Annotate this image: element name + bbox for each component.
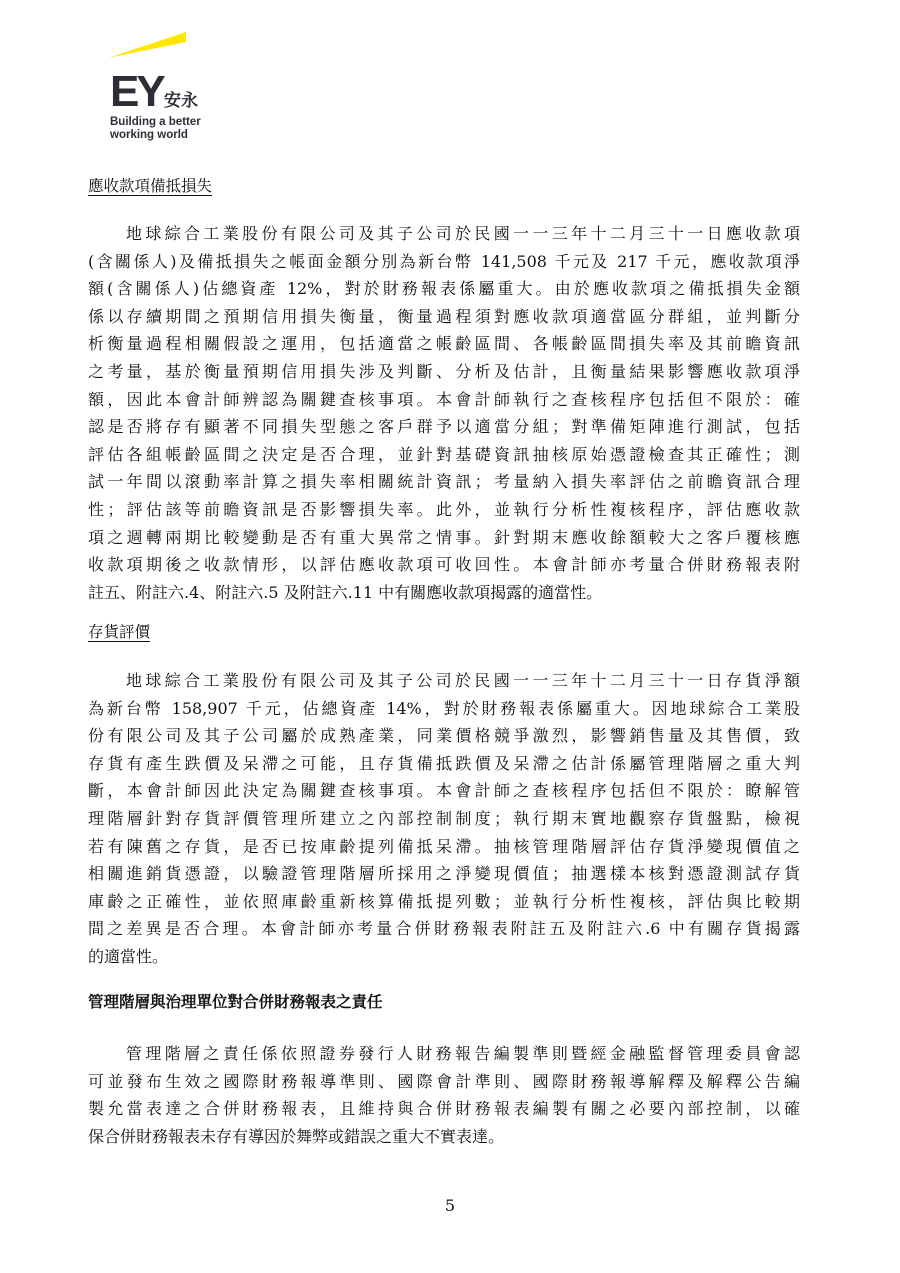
text-line: 理階層針對存貨評價管理所建立之內部控制制度；執行期末實地觀察存貨盤點，檢視: [88, 805, 800, 833]
section-heading-management-responsibility: 管理階層與治理單位對合併財務報表之責任: [88, 990, 383, 1012]
text-line: 地球綜合工業股份有限公司及其子公司於民國一一三年十二月三十一日應收款項: [88, 220, 800, 248]
ey-beam-icon: [108, 28, 198, 58]
text-line: 額，因此本會計師辨認為關鍵查核事項。本會計師執行之查核程序包括但不限於：確: [88, 386, 800, 414]
paragraph-management-responsibility: 管理階層之責任係依照證券發行人財務報告編製準則暨經金融監督管理委員會認 可並發布…: [88, 1040, 800, 1150]
text-line: 的適當性。: [88, 943, 800, 971]
text-line: 保合併財務報表未存有導因於舞弊或錯誤之重大不實表達。: [88, 1123, 800, 1151]
text-line: 若有陳舊之存貨，是否已按庫齡提列備抵呆滯。抽核管理階層評估存貨淨變現價值之: [88, 833, 800, 861]
text-line: 係以存續期間之預期信用損失衡量，衡量過程須對應收款項適當區分群組，並判斷分: [88, 303, 800, 331]
tagline-line-2: working world: [110, 129, 201, 142]
text-line: 庫齡之正確性，並依照庫齡重新核算備抵提列數；並執行分析性複核，評估與比較期: [88, 888, 800, 916]
text-line: 地球綜合工業股份有限公司及其子公司於民國一一三年十二月三十一日存貨淨額: [88, 667, 800, 695]
text-line: 斷，本會計師因此決定為關鍵查核事項。本會計師之查核程序包括但不限於：瞭解管: [88, 777, 800, 805]
text-line: (含關係人)及備抵損失之帳面金額分別為新台幣 141,508 千元及 217 千…: [88, 248, 800, 276]
section-heading-receivables-allowance: 應收款項備抵損失: [88, 174, 212, 196]
text-line: 相關進銷貨憑證，以驗證管理階層所採用之淨變現價值；抽選樣本核對憑證測試存貨: [88, 860, 800, 888]
paragraph-receivables-allowance: 地球綜合工業股份有限公司及其子公司於民國一一三年十二月三十一日應收款項 (含關係…: [88, 220, 800, 606]
ey-chinese-name: 安永: [164, 86, 198, 111]
ey-logo: EY 安永 Building a better working world: [108, 28, 228, 148]
text-line: 之考量，基於衡量預期信用損失涉及判斷、分析及估計，且衡量結果影響應收款項淨: [88, 358, 800, 386]
ey-brand-mark: EY: [110, 70, 163, 114]
text-line: 管理階層之責任係依照證券發行人財務報告編製準則暨經金融監督管理委員會認: [88, 1040, 800, 1068]
ey-tagline: Building a better working world: [110, 116, 201, 142]
text-line: 製允當表達之合併財務報表，且維持與合併財務報表編製有關之必要內部控制，以確: [88, 1095, 800, 1123]
text-line: 試一年間以滾動率計算之損失率相關統計資訊；考量納入損失率評估之前瞻資訊合理: [88, 468, 800, 496]
text-line: 存貨有產生跌價及呆滯之可能，且存貨備抵跌價及呆滯之估計係屬管理階層之重大判: [88, 750, 800, 778]
text-line: 認是否將存有顯著不同損失型態之客戶群予以適當分組；對準備矩陣進行測試，包括: [88, 413, 800, 441]
paragraph-inventory-valuation: 地球綜合工業股份有限公司及其子公司於民國一一三年十二月三十一日存貨淨額 為新台幣…: [88, 667, 800, 971]
text-line: 項之週轉兩期比較變動是否有重大異常之情事。針對期末應收餘額較大之客戶覆核應: [88, 524, 800, 552]
text-line: 間之差異是否合理。本會計師亦考量合併財務報表附註五及附註六.6 中有關存貨揭露: [88, 915, 800, 943]
tagline-line-1: Building a better: [110, 116, 201, 129]
page-number: 5: [0, 1196, 900, 1215]
text-line: 評估各組帳齡區間之決定是否合理，並針對基礎資訊抽核原始憑證檢查其正確性；測: [88, 441, 800, 469]
text-line: 註五、附註六.4、附註六.5 及附註六.11 中有關應收款項揭露的適當性。: [88, 579, 800, 607]
section-heading-inventory-valuation: 存貨評價: [88, 620, 150, 642]
text-line: 份有限公司及其子公司屬於成熟產業，同業價格競爭激烈，影響銷售量及其售價，致: [88, 722, 800, 750]
text-line: 收款項期後之收款情形，以評估應收款項可收回性。本會計師亦考量合併財務報表附: [88, 551, 800, 579]
text-line: 為新台幣 158,907 千元，佔總資產 14%，對於財務報表係屬重大。因地球綜…: [88, 695, 800, 723]
text-line: 性；評估該等前瞻資訊是否影響損失率。此外，並執行分析性複核程序，評估應收款: [88, 496, 800, 524]
text-line: 額(含關係人)佔總資產 12%，對於財務報表係屬重大。由於應收款項之備抵損失金額: [88, 275, 800, 303]
text-line: 析衡量過程相關假設之運用，包括適當之帳齡區間、各帳齡區間損失率及其前瞻資訊: [88, 330, 800, 358]
text-line: 可並發布生效之國際財務報導準則、國際會計準則、國際財務報導解釋及解釋公告編: [88, 1068, 800, 1096]
